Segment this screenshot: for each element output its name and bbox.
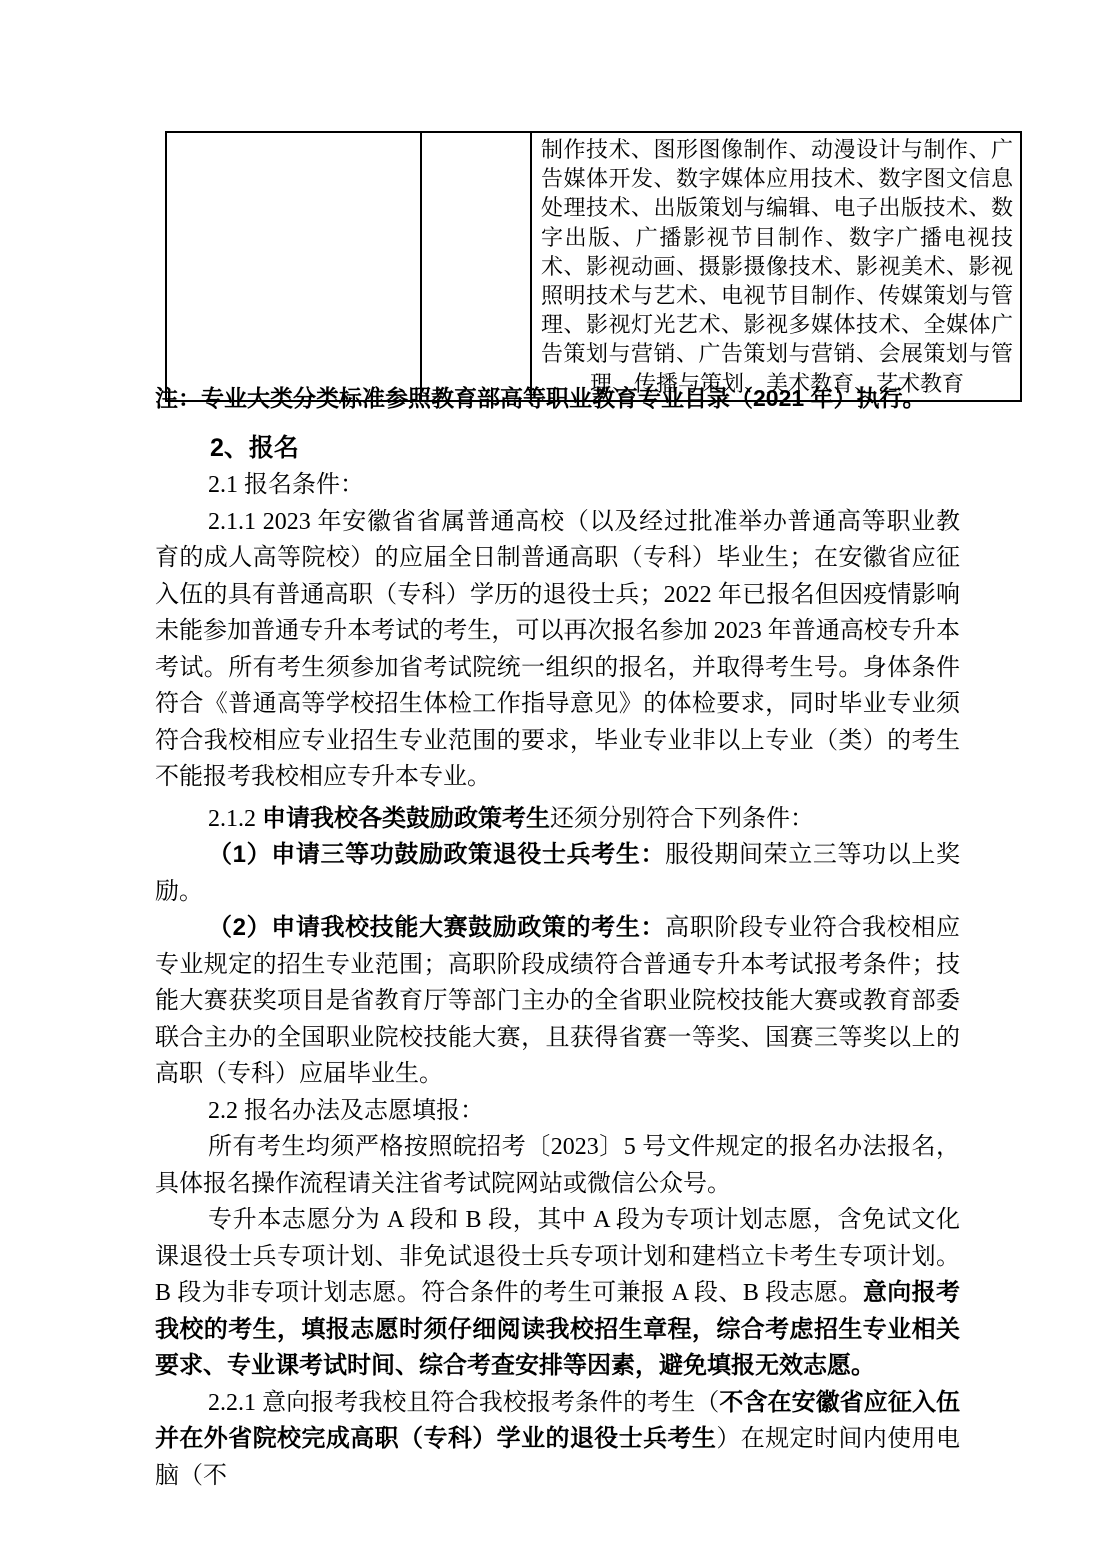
section-heading-2: 2、报名 bbox=[155, 430, 960, 467]
paragraph-2-2-1: 2.2.1 意向报考我校且符合我校报考条件的考生（不含在安徽省应征入伍并在外省院… bbox=[155, 1385, 960, 1495]
text-column: 注：专业大类分类标准参照教育部高等职业教育专业目录（2021 年）执行。 2、报… bbox=[155, 367, 960, 1494]
list-item-2: （2）申请我校技能大赛鼓励政策的考生：高职阶段专业符合我校相应专业规定的招生专业… bbox=[155, 910, 960, 1093]
paragraph-2-1-2-number: 2.1.2 bbox=[208, 806, 262, 832]
subsection-2-2-title: 2.2 报名办法及志愿填报： bbox=[155, 1093, 960, 1130]
paragraph-2-2-b: 专升本志愿分为 A 段和 B 段，其中 A 段为专项计划志愿，含免试文化课退役士… bbox=[155, 1202, 960, 1385]
paragraph-2-1-2: 2.1.2 申请我校各类鼓励政策考生还须分别符合下列条件： bbox=[155, 801, 960, 838]
list-item-1: （1）申请三等功鼓励政策退役士兵考生：服役期间荣立三等功以上奖励。 bbox=[155, 837, 960, 910]
majors-table: 制作技术、图形图像制作、动漫设计与制作、广告媒体开发、数字媒体应用技术、数字图文… bbox=[165, 131, 1022, 402]
list-item-1-lead: （1）申请三等功鼓励政策退役士兵考生： bbox=[208, 841, 665, 868]
table-cell-empty-2 bbox=[421, 132, 531, 401]
paragraph-2-2-b-normal: 专升本志愿分为 A 段和 B 段，其中 A 段为专项计划志愿，含免试文化课退役士… bbox=[155, 1207, 960, 1306]
table-cell-empty-1 bbox=[166, 132, 421, 401]
paragraph-2-1-2-rest: 还须分别符合下列条件： bbox=[550, 806, 814, 832]
subsection-2-1-title: 2.1 报名条件： bbox=[155, 467, 960, 504]
paragraph-2-1-2-bold: 申请我校各类鼓励政策考生 bbox=[262, 805, 550, 832]
paragraph-2-1-1: 2.1.1 2023 年安徽省省属普通高校（以及经过批准举办普通高等职业教育的成… bbox=[155, 504, 960, 796]
table-row: 制作技术、图形图像制作、动漫设计与制作、广告媒体开发、数字媒体应用技术、数字图文… bbox=[166, 132, 1021, 401]
table-cell-majors-list: 制作技术、图形图像制作、动漫设计与制作、广告媒体开发、数字媒体应用技术、数字图文… bbox=[531, 132, 1021, 401]
paragraph-2-2-a: 所有考生均须严格按照皖招考〔2023〕5 号文件规定的报名办法报名，具体报名操作… bbox=[155, 1129, 960, 1202]
paragraph-2-2-1-pre: 2.2.1 意向报考我校且符合我校报考条件的考生（ bbox=[208, 1390, 719, 1416]
note-line: 注：专业大类分类标准参照教育部高等职业教育专业目录（2021 年）执行。 bbox=[155, 380, 960, 417]
document-page: 制作技术、图形图像制作、动漫设计与制作、广告媒体开发、数字媒体应用技术、数字图文… bbox=[0, 0, 1102, 1559]
list-item-2-lead: （2）申请我校技能大赛鼓励政策的考生： bbox=[208, 914, 665, 941]
